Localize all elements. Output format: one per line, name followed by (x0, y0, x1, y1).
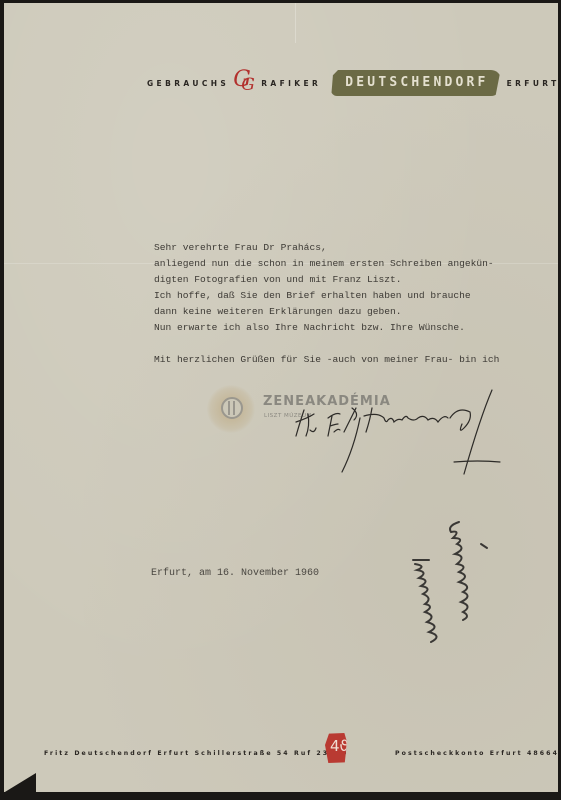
letter-body: Sehr verehrte Frau Dr Prahács, anliegend… (154, 240, 534, 368)
monogram-logo-icon: G G (231, 69, 259, 97)
body-line: digten Fotografien von und mit Franz Lis… (154, 272, 534, 288)
footer-address: Fritz Deutschendorf Erfurt Schillerstraß… (44, 750, 348, 757)
body-line: Ich hoffe, daß Sie den Brief erhalten ha… (154, 288, 534, 304)
body-line: anliegend nun die schon in meinem ersten… (154, 256, 534, 272)
footer-logo-icon: 4ϑ (325, 733, 347, 763)
letter-paper: GEBRAUCHS G G RAFIKER DEUTSCHENDORF ERFU… (4, 3, 558, 792)
body-line: Nun erwarte ich also Ihre Nachricht bzw.… (154, 320, 534, 336)
footer-account: Postscheckkonto Erfurt 48664 (395, 750, 558, 757)
body-line: dann keine weiteren Erklärungen dazu geb… (154, 304, 534, 320)
salutation: Sehr verehrte Frau Dr Prahács, (154, 240, 534, 256)
paper-fold-line (295, 3, 296, 43)
museum-stamp-icon (207, 385, 255, 433)
letterhead-footer: Fritz Deutschendorf Erfurt Schillerstraß… (44, 740, 544, 776)
closing-line: Mit herzlichen Grüßen für Sie -auch von … (154, 352, 534, 368)
handwritten-archive-annotation (399, 508, 509, 658)
handwritten-signature (274, 388, 534, 478)
letterhead: GEBRAUCHS G G RAFIKER DEUTSCHENDORF ERFU… (147, 69, 558, 97)
paper-corner-fold (4, 773, 36, 792)
letterhead-gebrauchs: GEBRAUCHS (147, 79, 229, 88)
letterhead-city: ERFURT (507, 79, 558, 88)
letter-date: Erfurt, am 16. November 1960 (151, 568, 319, 579)
letterhead-name-badge: DEUTSCHENDORF (331, 70, 500, 96)
letterhead-grafiker: RAFIKER (261, 79, 321, 88)
